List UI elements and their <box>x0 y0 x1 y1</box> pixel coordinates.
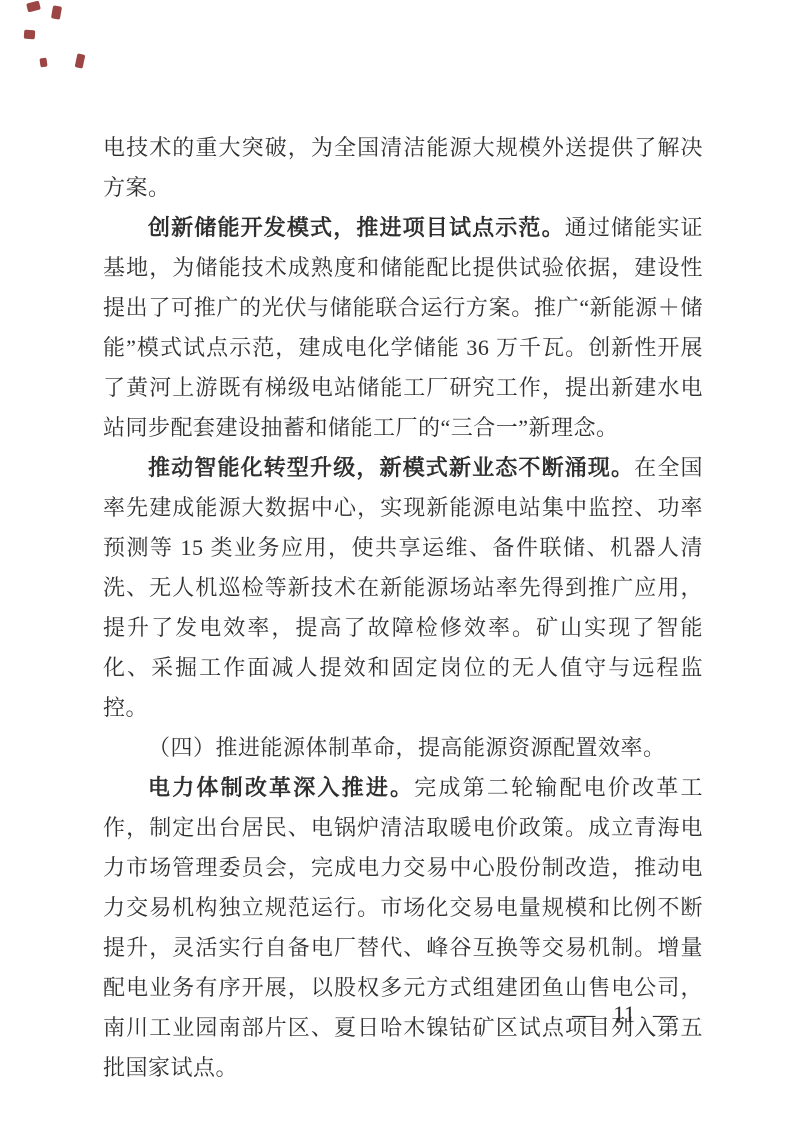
text-segment-normal: 在全国率先建成能源大数据中心，实现新能源电站集中监控、功率预测等 15 类业务应… <box>103 455 703 720</box>
red-stamp-mark-icon <box>26 1 41 13</box>
red-stamp-mark-icon <box>75 53 86 68</box>
text-segment-bold: 推动智能化转型升级，新模式新业态不断涌现。 <box>148 455 634 480</box>
page-number: — 11 — <box>572 1000 676 1030</box>
text-segment-bold: 创新储能开发模式，推进项目试点示范。 <box>148 215 565 240</box>
red-stamp-mark-icon <box>51 5 62 19</box>
text-segment-bold: 电力体制改革深入推进。 <box>148 775 414 800</box>
paragraph: 电力体制改革深入推进。完成第二轮输配电价改革工作，制定出台居民、电锅炉清洁取暖电… <box>103 768 703 1088</box>
paragraph: 电技术的重大突破，为全国清洁能源大规模外送提供了解决方案。 <box>103 128 703 208</box>
paragraph: 创新储能开发模式，推进项目试点示范。通过储能实证基地，为储能技术成熟度和储能配比… <box>103 208 703 448</box>
text-segment-kai: （四）推进能源体制革命，提高能源资源配置效率。 <box>148 735 666 760</box>
text-segment-normal: 电技术的重大突破，为全国清洁能源大规模外送提供了解决方案。 <box>103 135 703 200</box>
paragraph: 推动智能化转型升级，新模式新业态不断涌现。在全国率先建成能源大数据中心，实现新能… <box>103 448 703 728</box>
red-stamp-mark-icon <box>24 30 36 40</box>
text-segment-normal: 完成第二轮输配电价改革工作，制定出台居民、电锅炉清洁取暖电价政策。成立青海电力市… <box>103 775 703 1080</box>
document-body: 电技术的重大突破，为全国清洁能源大规模外送提供了解决方案。创新储能开发模式，推进… <box>103 128 703 1088</box>
document-page: 电技术的重大突破，为全国清洁能源大规模外送提供了解决方案。创新储能开发模式，推进… <box>0 0 800 1131</box>
red-stamp-mark-icon <box>39 58 47 68</box>
text-segment-normal: 通过储能实证基地，为储能技术成熟度和储能配比提供试验依据，建设性提出了可推广的光… <box>103 215 703 440</box>
paragraph: （四）推进能源体制革命，提高能源资源配置效率。 <box>103 728 703 768</box>
